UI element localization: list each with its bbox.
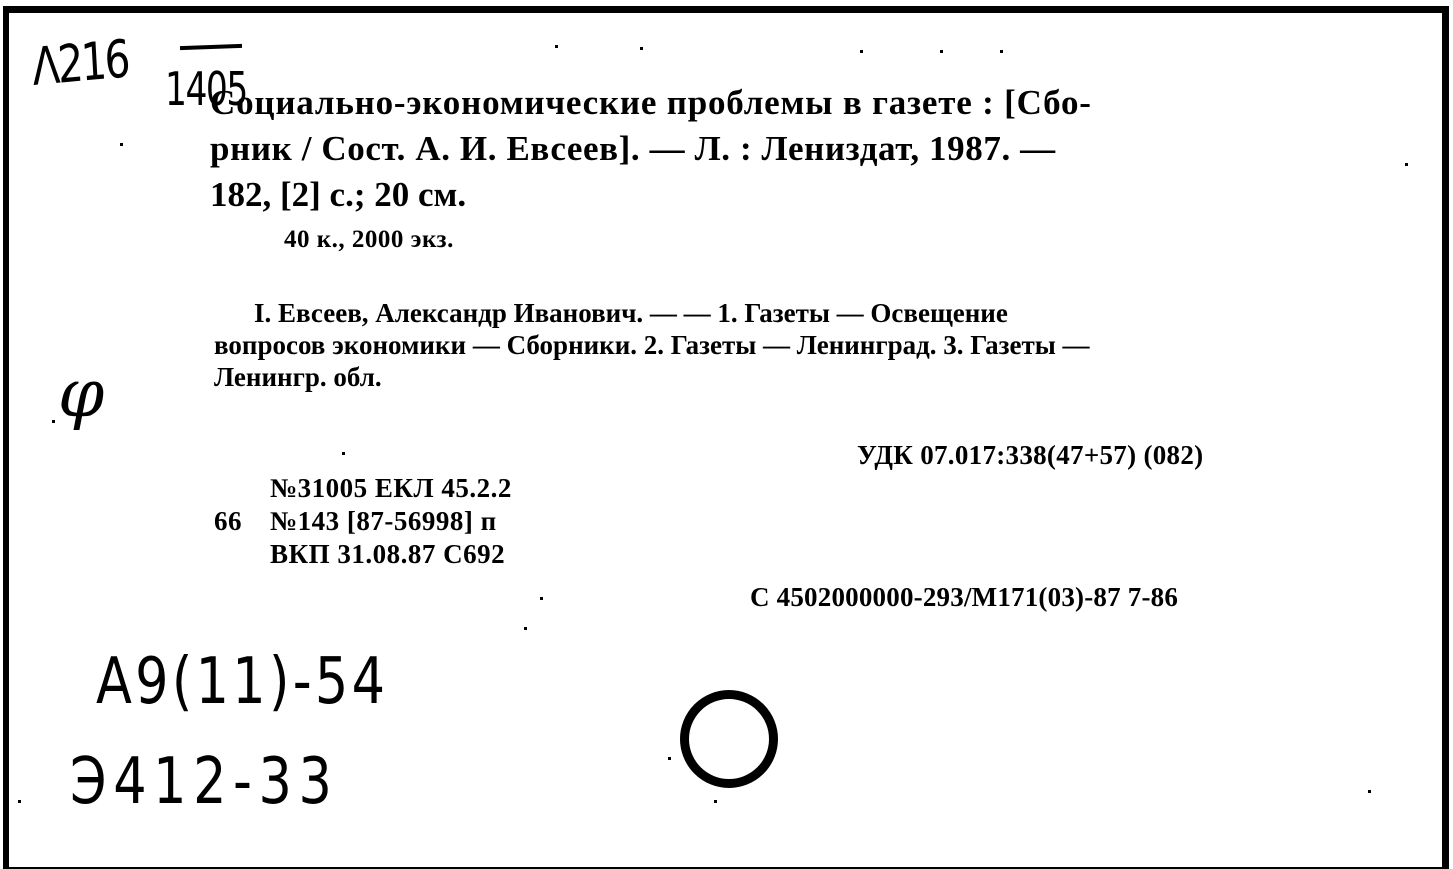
scan-speck bbox=[640, 47, 643, 50]
registration-prefix: 66 bbox=[214, 505, 270, 538]
scan-speck bbox=[524, 627, 527, 630]
handwritten-shelf-mark: Λ216 bbox=[31, 30, 130, 98]
tracing-line: вопросов экономики — Сборники. 2. Газеты… bbox=[214, 329, 1090, 361]
title-line: рник / Сост. А. И. Евсеев]. — Л. : Лениз… bbox=[210, 126, 1092, 172]
scan-speck bbox=[940, 50, 943, 53]
scan-speck bbox=[120, 143, 123, 146]
handwritten-location-code: A9(11)-54 bbox=[96, 645, 388, 719]
title-line: 182, [2] с.; 20 см. bbox=[210, 172, 1092, 218]
bibliographic-description: Социально-экономические проблемы в газет… bbox=[210, 80, 1092, 218]
scan-speck bbox=[668, 757, 671, 760]
tracing-line: Ленингр. обл. bbox=[214, 361, 1090, 393]
handwritten-location-code: Э412-33 bbox=[70, 745, 338, 819]
title-line: Социально-экономические проблемы в газет… bbox=[210, 80, 1092, 126]
scan-speck bbox=[1368, 790, 1371, 793]
scan-speck bbox=[18, 800, 21, 803]
scan-speck bbox=[540, 597, 543, 600]
price-and-print-run: 40 к., 2000 экз. bbox=[284, 226, 454, 254]
scan-speck bbox=[1000, 50, 1003, 53]
registration-line: №31005 ЕКЛ 45.2.2 bbox=[270, 473, 512, 503]
tracing-line: I. Евсеев, Александр Иванович. — — 1. Га… bbox=[214, 297, 1090, 329]
catalog-index: С 4502000000-293/М171(03)-87 7-86 bbox=[750, 582, 1178, 613]
registration-line: №143 [87-56998] п bbox=[270, 506, 497, 536]
scan-speck bbox=[860, 50, 863, 53]
scan-speck bbox=[714, 800, 717, 803]
scan-speck bbox=[555, 45, 558, 48]
subject-tracings: I. Евсеев, Александр Иванович. — — 1. Га… bbox=[214, 297, 1090, 393]
card-punch-hole bbox=[680, 690, 778, 788]
handwritten-classification-symbol: φ bbox=[58, 355, 104, 432]
registration-line: ВКП 31.08.87 С692 bbox=[270, 539, 505, 569]
scan-speck bbox=[52, 420, 55, 423]
udk-code: УДК 07.017:338(47+57) (082) bbox=[857, 440, 1203, 471]
registration-block: №31005 ЕКЛ 45.2.2 66№143 [87-56998] п ВК… bbox=[214, 472, 512, 571]
scan-speck bbox=[342, 452, 345, 455]
scan-speck bbox=[1405, 163, 1408, 166]
